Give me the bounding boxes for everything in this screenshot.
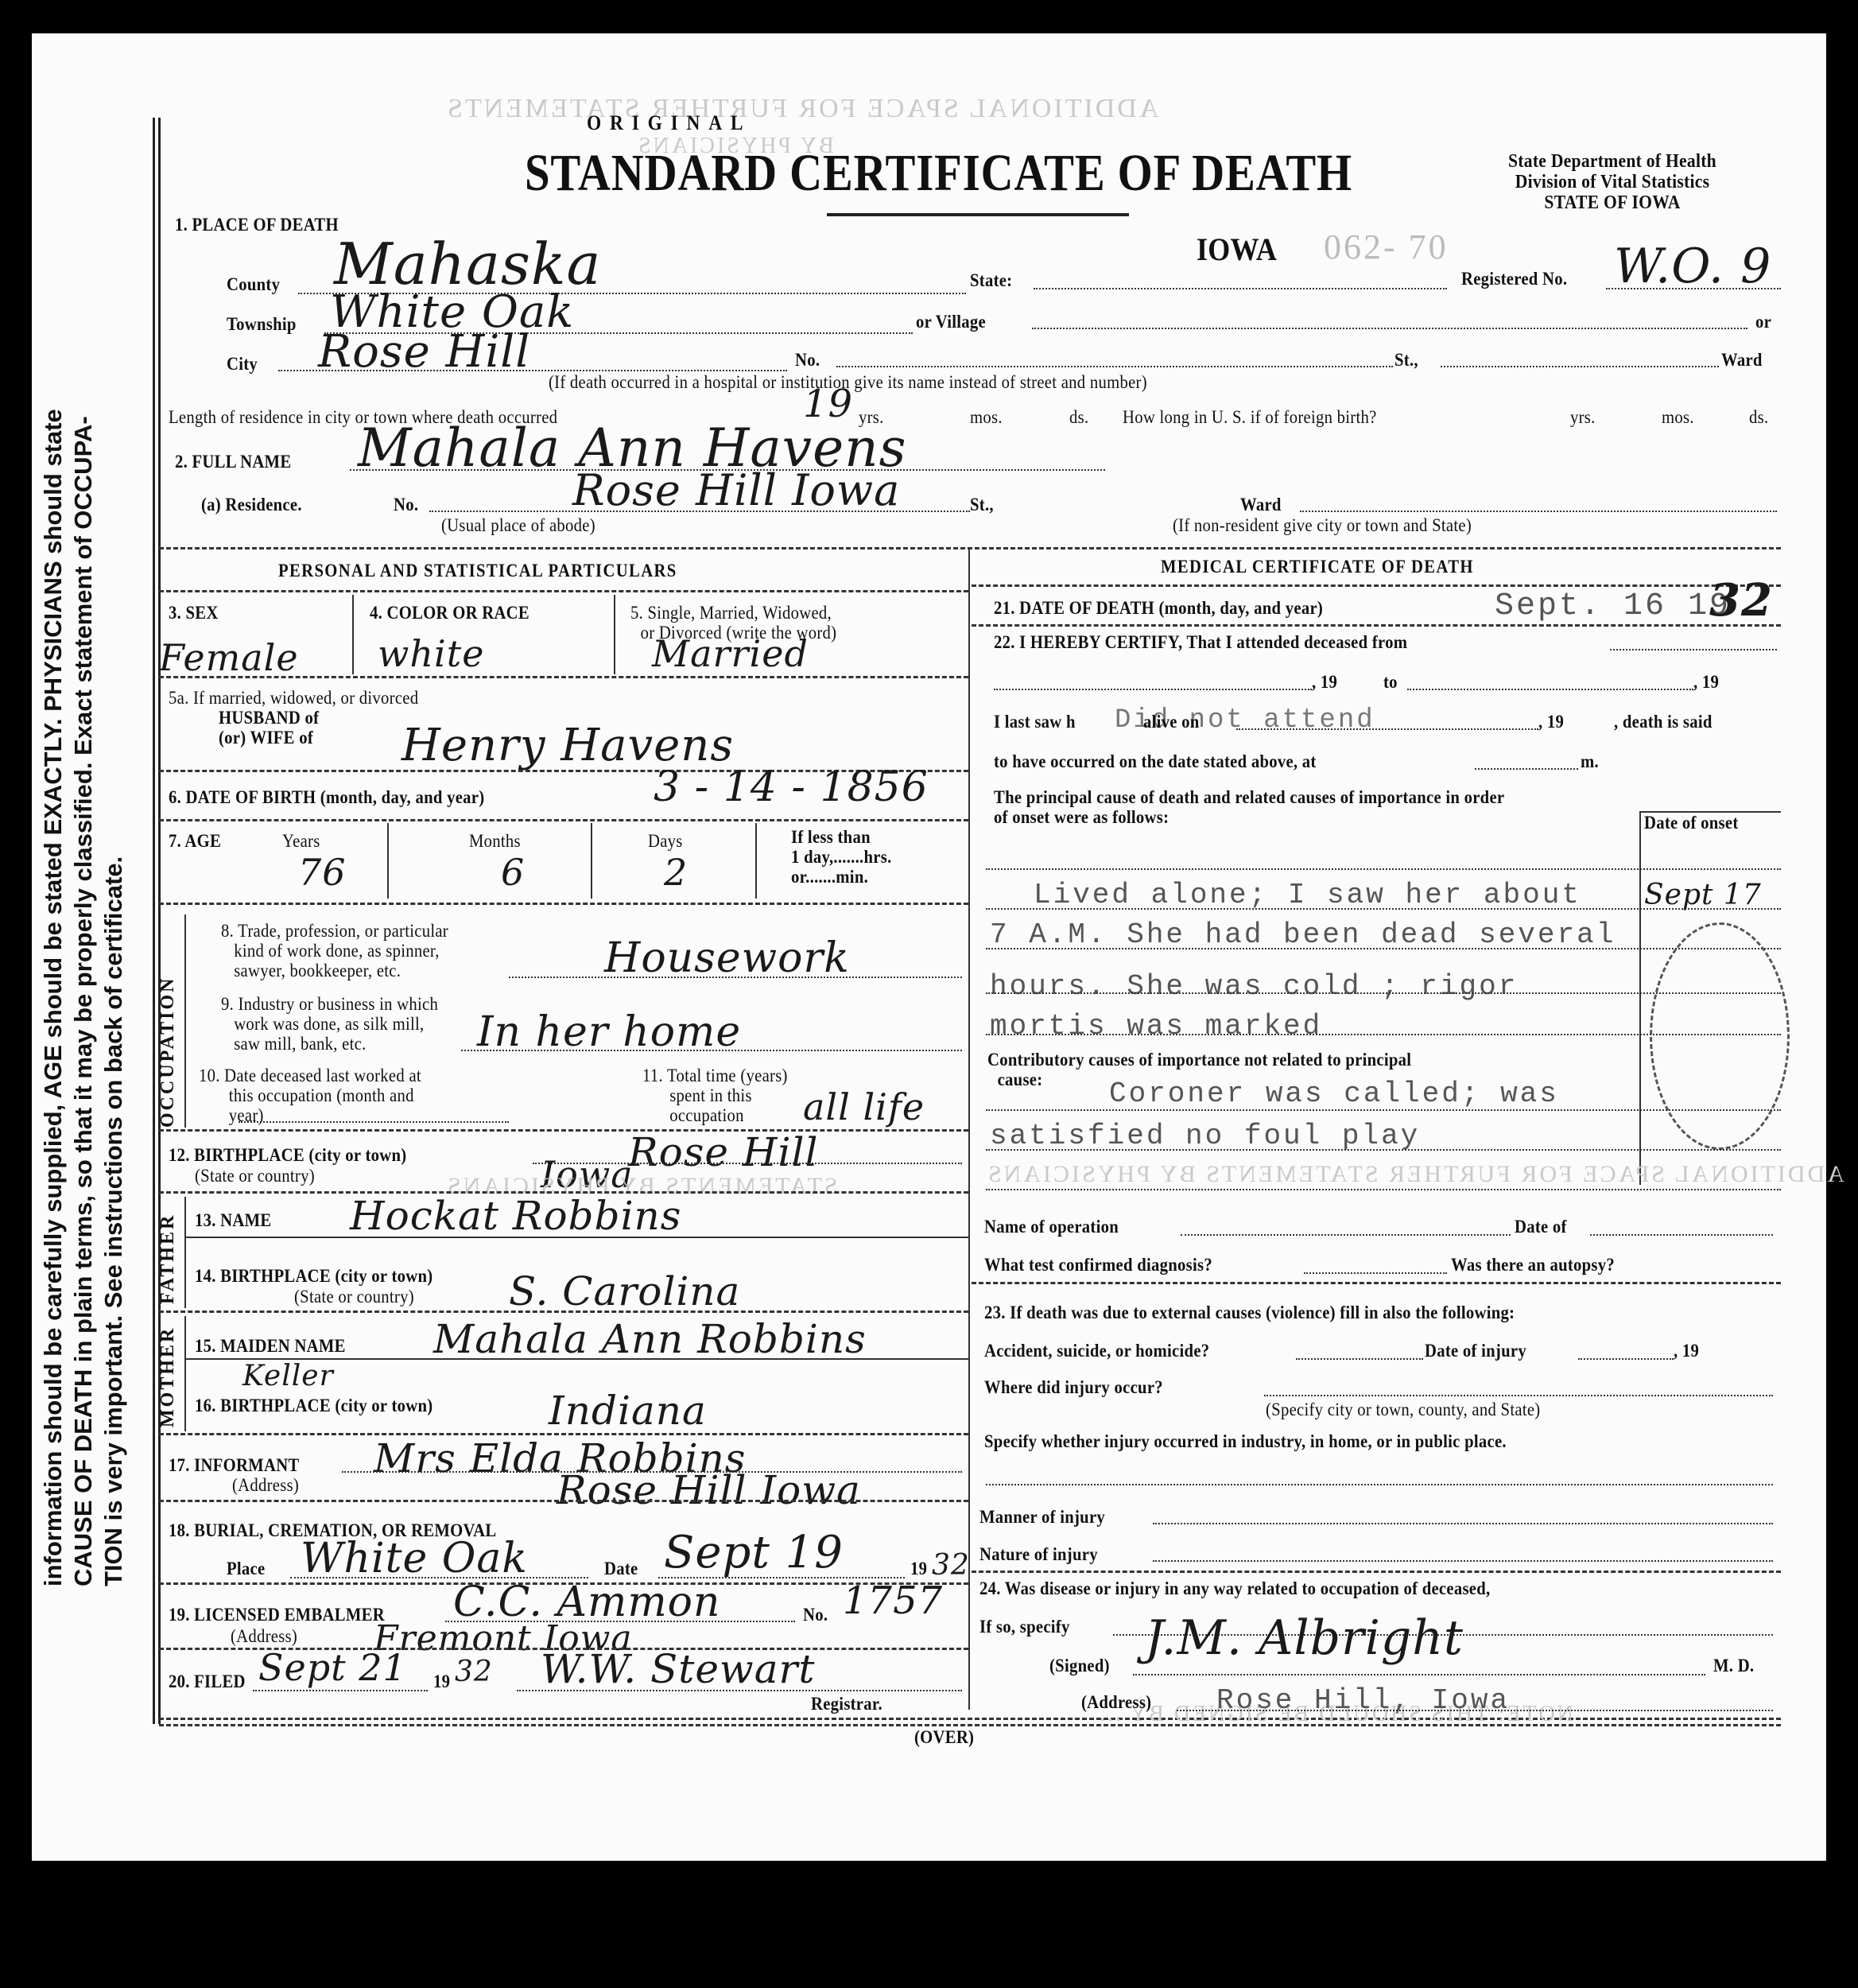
department-line2: Division of Vital Statistics [1455,172,1770,192]
spouse-label: 5a. If married, widowed, or divorced HUS… [169,688,418,747]
father-side-divider [184,1197,186,1308]
contributory-line-2[interactable]: satisfied no foul play [990,1120,1420,1152]
year-19a: , 19 [1312,672,1337,693]
trade-value[interactable]: Housework [604,934,850,982]
department-line3: STATE OF IOWA [1455,192,1770,213]
sex-race-divider [352,595,354,674]
mother-birthplace-value[interactable]: Indiana [549,1388,707,1434]
age-days[interactable]: 2 [664,851,688,894]
cause-line [986,868,1781,870]
row-rule [972,1282,1781,1284]
occurred-time-line [1475,768,1578,770]
village-line [1032,328,1747,329]
onset-column-divider [1639,811,1641,1185]
informant-label: 17. INFORMANT [169,1455,300,1476]
cause-line-4[interactable]: mortis was marked [990,1010,1322,1043]
total-time-label-2: spent in this [642,1085,788,1105]
embalmer-label: 19. LICENSED EMBALMER [169,1605,385,1625]
row-rule [159,819,968,821]
number-label: No. [795,350,820,371]
race-label: 4. COLOR OR RACE [370,603,529,623]
department-block: State Department of Health Division of V… [1455,151,1770,213]
father-birthplace-value[interactable]: S. Carolina [509,1268,740,1314]
race-marital-divider [614,595,615,674]
age-months-label: Months [469,831,521,852]
physician-signature[interactable]: J.M. Albright [1145,1610,1464,1666]
occupation-side-label: OCCUPATION [157,977,179,1128]
death-said-label: , death is said [1614,712,1713,732]
trade-label-3: sawyer, bookkeeper, etc. [221,961,448,980]
last-worked-label: 10. Date deceased last worked at this oc… [199,1066,421,1125]
maiden-name-label: 15. MAIDEN NAME [195,1336,346,1357]
total-time-label: 11. Total time (years) spent in this occ… [642,1066,788,1125]
burial-date-value[interactable]: Sept 19 [664,1527,844,1578]
side-instructions: information should be carefully supplied… [38,409,129,1586]
trade-line [509,977,962,978]
alive-on-label: alive on [1143,712,1200,732]
age-years-label: Years [282,831,320,852]
abode-note: (Usual place of abode) [441,515,595,536]
burial-year-prefix: 19 [910,1559,927,1579]
embalmer-address-label: (Address) [231,1626,297,1647]
informant-address-label: (Address) [232,1475,299,1496]
father-birthplace-state-label: (State or country) [294,1287,414,1307]
certify-label: 22. I HEREBY CERTIFY, That I attended de… [994,632,1407,653]
birthplace-state-label: (State or country) [195,1166,315,1186]
filed-year-prefix: 19 [433,1672,450,1692]
less-than-1: If less than [791,827,892,847]
informant-address-value[interactable]: Rose Hill Iowa [557,1467,861,1513]
cause-label-1: The principal cause of death and related… [994,787,1504,807]
operation-date-label: Date of [1515,1217,1567,1237]
burial-place-value[interactable]: White Oak [301,1535,528,1582]
registered-line [1606,288,1781,289]
autopsy-label: Was there an autopsy? [1451,1255,1615,1276]
specify-line [986,1484,1773,1485]
filed-year-value[interactable]: 32 [455,1656,493,1688]
birthplace-city[interactable]: Rose Hill [628,1129,818,1175]
signed-label: (Signed) [1049,1656,1110,1676]
trade-label-1: 8. Trade, profession, or particular [221,921,448,941]
industry-label: 9. Industry or business in which work wa… [221,994,438,1054]
row-rule [159,1500,968,1502]
nature-line [1153,1560,1773,1562]
operation-label: Name of operation [984,1217,1119,1237]
foreign-mos: mos. [1662,407,1694,428]
father-name-value[interactable]: Hockat Robbins [350,1193,681,1239]
personal-heading-rule [159,590,968,592]
foreign-yrs: yrs. [1570,407,1596,428]
total-time-label-1: 11. Total time (years) [642,1066,788,1085]
over-label: (OVER) [914,1727,974,1748]
cause-line-1[interactable]: Lived alone; I saw her about [1034,879,1581,911]
registered-value[interactable]: W.O. 9 [1614,239,1771,294]
place-of-death-heading: 1. PLACE OF DEATH [175,215,339,235]
medical-heading: MEDICAL CERTIFICATE OF DEATH [1161,557,1474,577]
maiden-name-correction[interactable]: Keller [242,1360,334,1392]
contributory-line-1[interactable]: Coroner was called; was [1109,1077,1559,1110]
industry-value[interactable]: In her home [477,1008,741,1056]
row-rule [972,1571,1781,1573]
registrar-line [517,1690,962,1691]
row-rule [972,624,1781,627]
age-divider [755,823,757,899]
race-value[interactable]: white [378,632,484,675]
industry-label-3: saw mill, bank, etc. [221,1034,438,1054]
industry-line [461,1050,962,1051]
age-divider [591,823,592,899]
accident-line [1296,1358,1423,1360]
contributory-label-1: Contributory causes of importance not re… [987,1050,1411,1070]
age-divider [387,823,389,899]
less-than-3: or.......min. [791,867,892,887]
burial-place-label: Place [227,1559,265,1579]
manner-line [1153,1523,1773,1524]
father-birthplace-label: 14. BIRTHPLACE (city or town) [195,1266,432,1287]
foreign-ds: ds. [1749,407,1768,428]
alive-on-line [1236,728,1538,730]
medical-heading-rule [972,584,1781,587]
full-name-label: 2. FULL NAME [175,452,291,472]
year-19b: , 19 [1693,672,1719,693]
or-label: or [1755,312,1771,332]
original-label: ORIGINAL [587,111,751,135]
dob-label: 6. DATE OF BIRTH (month, day, and year) [169,787,484,808]
year-19d: , 19 [1674,1341,1699,1361]
where-line [1264,1395,1773,1396]
age-days-label: Days [648,831,683,852]
less-than-day: If less than 1 day,.......hrs. or.......… [791,827,892,887]
last-worked-label-2: this occupation (month and [199,1085,421,1105]
age-years[interactable]: 76 [298,851,347,894]
village-label: or Village [916,312,986,332]
cause-line-3[interactable]: hours. She was cold ; rigor [990,970,1518,1003]
test-label: What test confirmed diagnosis? [984,1255,1212,1276]
residence-label: (a) Residence. [201,495,302,515]
state-line [1034,288,1447,289]
where-label: Where did injury occur? [984,1377,1163,1398]
occupation-side-divider [184,914,186,1128]
certificate-title: STANDARD CERTIFICATE OF DEATH [525,143,1352,204]
father-side-label: FATHER [157,1213,179,1304]
street-label: St., [1394,350,1418,371]
physician-address-value[interactable]: Rose Hill, Iowa [1216,1684,1510,1717]
occurred-label: to have occurred on the date stated abov… [994,751,1317,772]
section-divider [159,547,1781,549]
marital-label-1: 5. Single, Married, Widowed, [630,603,836,623]
state-printed: IOWA [1197,231,1277,268]
operation-line [1181,1234,1511,1236]
row-rule [159,903,968,905]
ward-label: Ward [1721,350,1763,371]
certify-line [1610,649,1777,650]
if-so-label: If so, specify [979,1617,1070,1637]
trade-label: 8. Trade, profession, or particular kind… [221,921,448,980]
stamp-number: 062- 70 [1324,227,1449,267]
center-divider [968,549,970,1710]
date-of-death-label: 21. DATE OF DEATH (month, day, and year) [994,598,1323,619]
residence-ward-label: Ward [1240,495,1282,515]
to-line [1407,689,1693,690]
father-name-label: 13. NAME [195,1210,271,1231]
registered-label: Registered No. [1461,269,1567,289]
date-onset-label: Date of onset [1644,813,1738,833]
mother-side-label: MOTHER [157,1326,179,1427]
mother-birthplace-label: 16. BIRTHPLACE (city or town) [195,1396,432,1416]
filed-label: 20. FILED [169,1672,246,1692]
operation-date-line [1590,1234,1773,1236]
date-of-death-typed[interactable]: Sept. 16 19 [1495,588,1731,624]
township-label: Township [227,314,297,335]
sex-label: 3. SEX [169,603,219,623]
last-worked-line [239,1121,509,1123]
coroner-stamp [1650,922,1790,1150]
residence-ds: ds. [1069,407,1088,428]
personal-heading: PERSONAL AND STATISTICAL PARTICULARS [278,561,677,581]
date-injury-line [1578,1358,1674,1360]
side-instructions-line2: CAUSE OF DEATH in plain terms, so that i… [68,409,99,1586]
date-of-death-hand[interactable]: 32 [1709,574,1773,627]
external-label: 23. If death was due to external causes … [984,1303,1515,1323]
city-label: City [227,354,258,375]
signed-line [1133,1674,1705,1675]
occupation-related-label: 24. Was disease or injury in any way rel… [979,1578,1490,1599]
last-saw-label: I last saw h [994,712,1076,732]
city-line [278,370,787,371]
form-left-border [153,118,155,1724]
nonresident-note: (If non-resident give city or town and S… [1173,515,1472,536]
row-rule [159,1310,968,1313]
from-line [994,689,1312,690]
embalmer-no-label: No. [803,1605,828,1625]
number-line [836,366,1393,367]
where-note: (Specify city or town, county, and State… [1266,1400,1540,1420]
birthplace-label: 12. BIRTHPLACE (city or town) [169,1145,406,1166]
residence-street-label: St., [970,495,994,515]
state-label: State: [970,270,1012,291]
burial-date-label: Date [604,1559,638,1579]
mother-rule [184,1358,968,1360]
year-19c: , 19 [1538,712,1564,732]
filed-date-line [253,1690,428,1691]
contributory-line [986,1149,1781,1151]
form-left-border-inner [158,118,161,1724]
last-worked-label-1: 10. Date deceased last worked at [199,1066,421,1085]
bleed-through-header: ADDITIONAL SPACE FOR FURTHER STATEMENTS [445,94,1158,124]
physician-address-line [1177,1710,1773,1711]
cause-line-2[interactable]: 7 A.M. She had been dead several [990,918,1616,951]
father-rule [184,1237,968,1238]
maiden-name-value[interactable]: Mahala Ann Robbins [433,1316,867,1362]
bleed-through-medical: ADDITIONAL SPACE FOR FURTHER STATEMENTS … [986,1161,1844,1188]
specify-label: Specify whether injury occurred in indus… [984,1431,1507,1452]
row-rule [159,676,968,678]
row-rule [159,1129,968,1132]
residence-ward-line [1300,511,1777,512]
registrar-label: Registrar. [811,1694,882,1714]
m-label: m. [1581,751,1599,772]
sex-value[interactable]: Female [159,636,299,679]
spouse-label-3: (or) WIFE of [169,728,418,747]
registrar-value[interactable]: W.W. Stewart [541,1646,816,1692]
spouse-label-2: HUSBAND of [169,708,418,728]
filed-date-value[interactable]: Sept 21 [258,1646,407,1689]
mother-side-divider [184,1316,186,1431]
total-time-label-3: occupation [642,1105,788,1125]
residence-line [429,511,970,512]
dob-value[interactable]: 3 - 14 - 1856 [654,763,929,811]
less-than-2: 1 day,.......hrs. [791,847,892,867]
nature-label: Nature of injury [979,1544,1098,1565]
side-instructions-line1: information should be carefully supplied… [38,409,68,1586]
physician-address-label: (Address) [1081,1692,1151,1713]
department-line1: State Department of Health [1455,151,1770,172]
accident-label: Accident, suicide, or homicide? [984,1341,1209,1361]
spouse-label-1: 5a. If married, widowed, or divorced [169,688,418,708]
cause-label-2: of onset were as follows: [994,807,1504,827]
industry-label-1: 9. Industry or business in which [221,994,438,1014]
cause-label: The principal cause of death and related… [994,787,1504,827]
side-instructions-line3: TION is very important. See instructions… [99,409,129,1586]
age-months[interactable]: 6 [501,851,525,894]
burial-year-value[interactable]: 32 [932,1549,970,1582]
residence-mos: mos. [970,407,1003,428]
contributory-line [986,1109,1781,1111]
test-line [1304,1272,1447,1274]
trade-label-2: kind of work done, as spinner, [221,941,448,961]
industry-label-2: work was done, as silk mill, [221,1014,438,1034]
ward-line [1441,366,1719,367]
residence-number-label: No. [394,495,418,515]
age-label: 7. AGE [169,831,221,852]
md-label: M. D. [1713,1656,1754,1676]
residence-value[interactable]: Rose Hill Iowa [572,465,900,515]
onset-value[interactable]: Sept 17 [1644,879,1762,911]
to-label: to [1383,672,1398,693]
county-label: County [227,274,280,295]
embalmer-no-value[interactable]: 1757 [843,1578,943,1623]
title-underline [827,213,1129,216]
manner-label: Manner of injury [979,1507,1105,1528]
row-rule [986,1189,1781,1190]
cause-line [986,948,1781,949]
date-injury-label: Date of injury [1425,1341,1526,1361]
foreign-birth-label: How long in U. S. if of foreign birth? [1123,407,1377,428]
total-time-value[interactable]: all life [803,1085,925,1128]
marital-value[interactable]: Married [652,632,809,675]
